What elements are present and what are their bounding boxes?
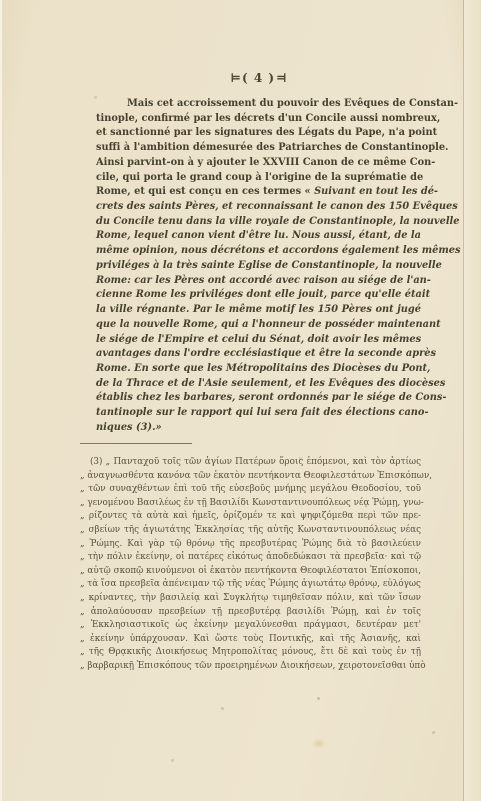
footnote-line: „ αὐτῷ σκοπῷ κινούμενοι οἱ ἑκατὸν πεντήκ…: [80, 565, 421, 579]
footnote-greek: (3) „ Πανταχοῦ τοῖς τῶν ἁγίων Πατέρων ὅρ…: [80, 456, 421, 674]
body-line: de la Thrace et de l'Asie seulement, et …: [96, 377, 421, 392]
body-line: Rome, lequel canon vient d'être lu. Nous…: [96, 229, 421, 244]
footnote-line: „ σβείων τῆς ἁγιωτάτης Ἐκκλησίας τῆς αὐτ…: [80, 524, 421, 538]
foxing-stain: [312, 738, 326, 749]
body-line: et sanctionné par les signatures des Lég…: [96, 126, 421, 141]
body-line: même opinion, nous décrétons et accordon…: [96, 244, 421, 259]
footnote-line: „ κρίναντες, τὴν βασιλείᾳ καὶ Συγκλήτῳ τ…: [80, 592, 421, 606]
body-line: tantinople sur le rapport qui lui sera f…: [96, 406, 421, 421]
body-line: cienne Rome les priviléges dont elle jou…: [96, 288, 421, 303]
paper-specks: [0, 0, 1, 1]
page-fold-line: [463, 0, 464, 801]
page-number-ornament: ⊨( 4 )⊨: [96, 71, 421, 85]
footnote-line: „ τῆς Θρᾳκικῆς Διοικήσεως Μητροπολίτας μ…: [80, 646, 421, 660]
body-line: que la nouvelle Rome, qui a l'honneur de…: [96, 318, 421, 333]
scanned-book-page: ⊨( 4 )⊨ Mais cet accroissement du pouvoi…: [0, 0, 481, 801]
footnote-line: „ τῶν συναχθέντων ἐπὶ τοῦ τῆς εὐσεβοῦς μ…: [80, 483, 421, 497]
page-left-edge: [0, 0, 2, 801]
body-line: Rome: car les Pères ont accordé avec rai…: [96, 274, 421, 289]
footnote-line: „ ρίζοντες τὰ αὐτὰ καὶ ἡμεῖς, ὁρίζομέν τ…: [80, 510, 421, 524]
body-line: le siége de l'Empire et celui du Sénat, …: [96, 333, 421, 348]
footnote-line: „ βαρβαρικῇ Ἐπισκόπους τῶν προειρημένων …: [80, 660, 421, 674]
body-line: Ainsi parvint-on à y ajouter le XXVIII C…: [96, 156, 421, 171]
main-paragraph: Mais cet accroissement du pouvoir des Ev…: [96, 97, 421, 436]
footnote-line: „ ἀναγνωσθέντα κανόνα τῶν ἑκατὸν πεντήκο…: [80, 470, 421, 484]
footnote-separator: [80, 443, 192, 444]
body-line: du Concile tenu dans la ville royale de …: [96, 215, 421, 230]
body-line: priviléges à la très sainte Eglise de Co…: [96, 259, 421, 274]
body-line: cile, qui porta le grand coup à l'origin…: [96, 171, 421, 186]
footnote-line: „ τὴν πόλιν ἐκείνην, οἱ πατέρες εἰκότως …: [80, 551, 421, 565]
body-line-roman-part: Rome, et qui est conçu en ces termes «: [96, 186, 314, 197]
footnote-line: „ γενομένου Βασιλέως ἐν τῇ Βασιλίδι Κωνσ…: [80, 497, 421, 511]
page-number: 4: [254, 71, 263, 85]
body-line: Mais cet accroissement du pouvoir des Ev…: [96, 97, 421, 112]
body-line-quote-start: Rome, et qui est conçu en ces termes « S…: [96, 185, 421, 200]
footnote-line: „ τὰ ἴσα πρεσβεῖα ἀπένειμαν τῷ τῆς νέας …: [80, 578, 421, 592]
footnote-line: „ Ῥώμης. Καὶ γὰρ τῷ θρόνῳ τῆς πρεσβυτέρα…: [80, 538, 421, 552]
body-line: avantages dans l'ordre ecclésiastique et…: [96, 347, 421, 362]
footnote-line: (3) „ Πανταχοῦ τοῖς τῶν ἁγίων Πατέρων ὅρ…: [80, 456, 421, 470]
footnote-line: „ Ἐκκλησιαστικοῖς ὡς ἐκείνην μεγαλύνεσθα…: [80, 619, 421, 633]
body-line-italic-part: Suivant en tout les dé-: [314, 186, 438, 197]
body-line: établis chez les barbares, seront ordonn…: [96, 391, 421, 406]
body-line: crets des saints Pères, et reconnaissant…: [96, 200, 421, 215]
page-right-margin: [464, 0, 481, 801]
body-line: tinople, confirmé par les décrets d'un C…: [96, 112, 421, 127]
ornament-left-icon: ⊨: [230, 71, 242, 85]
paren-open: (: [242, 71, 249, 85]
ornament-right-icon: ⊨: [275, 71, 287, 85]
footnote-line: „ ἐκείνην ὑπάρχουσαν. Καὶ ὥστε τοὺς Ποντ…: [80, 633, 421, 647]
body-line: la ville régnante. Par le même motif les…: [96, 303, 421, 318]
body-line: Rome. En sorte que les Métropolitains de…: [96, 362, 421, 377]
footnote-line: „ ἀπολαύουσαν πρεσβείων τῇ πρεσβυτέρᾳ βα…: [80, 606, 421, 620]
body-line: suffi à l'ambition démesurée des Patriar…: [96, 141, 421, 156]
body-line-last: niques (3).»: [96, 421, 421, 436]
